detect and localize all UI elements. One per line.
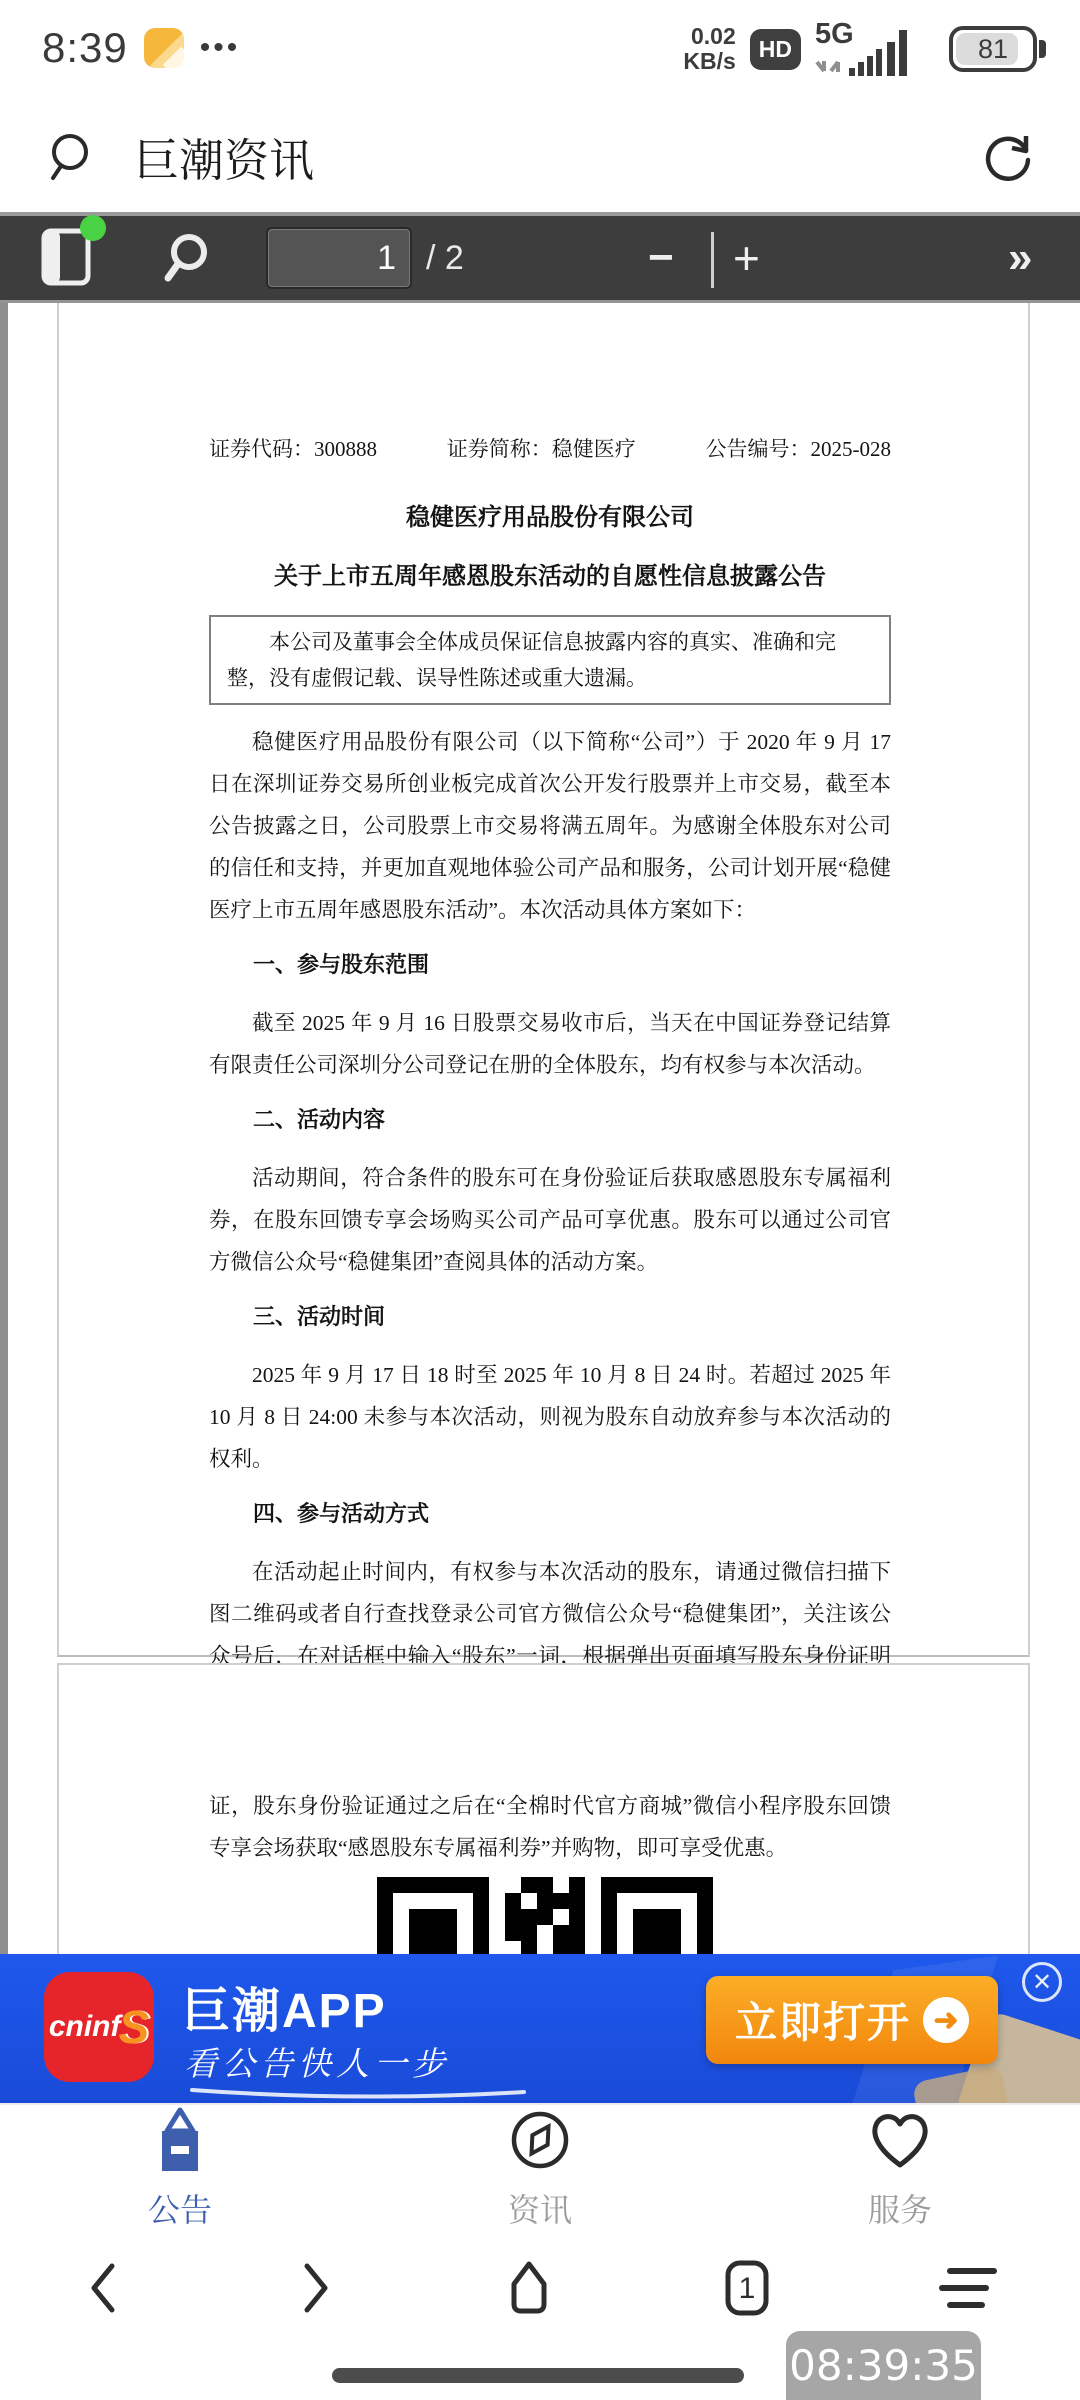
toolbar-divider (711, 232, 714, 288)
home-button[interactable] (501, 2259, 557, 2317)
heart-icon (868, 2107, 932, 2177)
page-number-input[interactable]: 1 (266, 227, 412, 289)
paragraph-intro: 稳健医疗用品股份有限公司（以下简称“公司”）于 2020 年 9 月 17 日在… (209, 721, 891, 931)
pdf-page-1: 证券代码：300888 证券简称：稳健医疗 公告编号：2025-028 稳健医疗… (57, 303, 1030, 1657)
network-speed: 0.02 KB/s (683, 24, 735, 74)
page2-continuation-text: 证，股东身份验证通过之后在“全棉时代官方商城”微信小程序股东回馈专享会场获取“感… (209, 1785, 891, 1869)
panel-status-dot (80, 215, 106, 241)
section-2-heading: 二、活动内容 (209, 1099, 891, 1141)
page-title[interactable]: 巨潮资讯 (134, 124, 314, 189)
notification-app-icon (144, 28, 184, 68)
section-3-text: 2025 年 9 月 17 日 18 时至 2025 年 10 月 8 日 24… (209, 1354, 891, 1480)
viewer-edge-strip (0, 303, 8, 1954)
site-bottom-nav: 公告 资讯 服务 (0, 2103, 1080, 2232)
announcement-number: 公告编号：2025-028 (706, 433, 892, 463)
more-notifications-dots: ••• (200, 31, 241, 65)
app-name: 巨潮APP (182, 1972, 387, 2041)
search-icon (44, 128, 100, 184)
hd-badge: HD (750, 29, 801, 70)
thumbnails-panel-button[interactable] (40, 225, 94, 292)
pdf-search-icon[interactable] (156, 228, 214, 288)
announcement-icon (148, 2107, 212, 2177)
tabs-button[interactable]: 1 (721, 2259, 773, 2317)
tagline-underline (188, 2086, 528, 2102)
nav-item-news[interactable]: 资讯 (360, 2105, 720, 2232)
battery-icon: 81 (949, 26, 1037, 72)
nav-item-services[interactable]: 服务 (720, 2105, 1080, 2232)
nav-item-announcements[interactable]: 公告 (0, 2105, 360, 2232)
network-type-label: 5G (815, 18, 854, 51)
signal-indicator: 5G (815, 18, 935, 80)
pdf-document-area[interactable]: 证券代码：300888 证券简称：稳健医疗 公告编号：2025-028 稳健医疗… (0, 303, 1080, 2103)
app-tagline: 看公告快人一步 (184, 2038, 450, 2085)
stock-code: 证券代码：300888 (209, 433, 377, 463)
pdf-toolbar: 1 / 2 − + » (0, 212, 1080, 303)
section-2-text: 活动期间，符合条件的股东可在身份验证后获取感恩股东专属福利券，在股东回馈专享会场… (209, 1157, 891, 1283)
zoom-out-button[interactable]: − (648, 233, 674, 283)
section-3-heading: 三、活动时间 (209, 1296, 891, 1338)
announcement-title: 关于上市五周年感恩股东活动的自愿性信息披露公告 (209, 556, 891, 591)
back-button[interactable] (82, 2260, 128, 2316)
announcement-header-row: 证券代码：300888 证券简称：稳健医疗 公告编号：2025-028 (209, 433, 891, 463)
company-title: 稳健医疗用品股份有限公司 (209, 497, 891, 532)
section-1-text: 截至 2025 年 9 月 16 日股票交易收市后，当天在中国证券登记结算有限责… (209, 1002, 891, 1086)
open-app-button[interactable]: 立即打开 ➜ (706, 1976, 998, 2064)
browser-search-bar[interactable]: 巨潮资讯 (0, 100, 1080, 212)
compass-icon (508, 2107, 572, 2177)
refresh-icon[interactable] (980, 128, 1038, 186)
browser-nav-bar: 1 (0, 2232, 1080, 2344)
toolbar-more-button[interactable]: » (1008, 233, 1028, 283)
forward-button[interactable] (291, 2260, 337, 2316)
page-total-label: / 2 (426, 239, 464, 278)
disclaimer-box: 本公司及董事会全体成员保证信息披露内容的真实、准确和完整，没有虚假记载、误导性陈… (209, 615, 891, 705)
cninfo-logo-s: S (118, 2000, 149, 2054)
phone-screen: 8:39 ••• 0.02 KB/s HD 5G (0, 0, 1080, 2400)
section-1-heading: 一、参与股东范围 (209, 944, 891, 986)
menu-button[interactable] (936, 2260, 998, 2316)
svg-text:1: 1 (738, 2272, 755, 2305)
zoom-in-button[interactable]: + (733, 231, 760, 285)
status-time: 8:39 (42, 24, 128, 72)
battery-nub (1039, 40, 1046, 58)
arrow-right-icon: ➜ (923, 1997, 969, 2043)
app-promo-banner[interactable]: cninf S 巨潮APP 看公告快人一步 立即打开 ➜ ✕ (0, 1954, 1080, 2103)
section-4-heading: 四、参与活动方式 (209, 1493, 891, 1535)
status-bar: 8:39 ••• 0.02 KB/s HD 5G (0, 0, 1080, 100)
close-banner-button[interactable]: ✕ (1022, 1962, 1062, 2002)
screen-recorder-clock: 08:39:35 (786, 2331, 981, 2400)
battery-level: 81 (978, 34, 1008, 65)
home-indicator[interactable] (332, 2368, 744, 2383)
cninfo-logo: cninf S (44, 1972, 154, 2082)
stock-name: 证券简称：稳健医疗 (447, 433, 636, 463)
